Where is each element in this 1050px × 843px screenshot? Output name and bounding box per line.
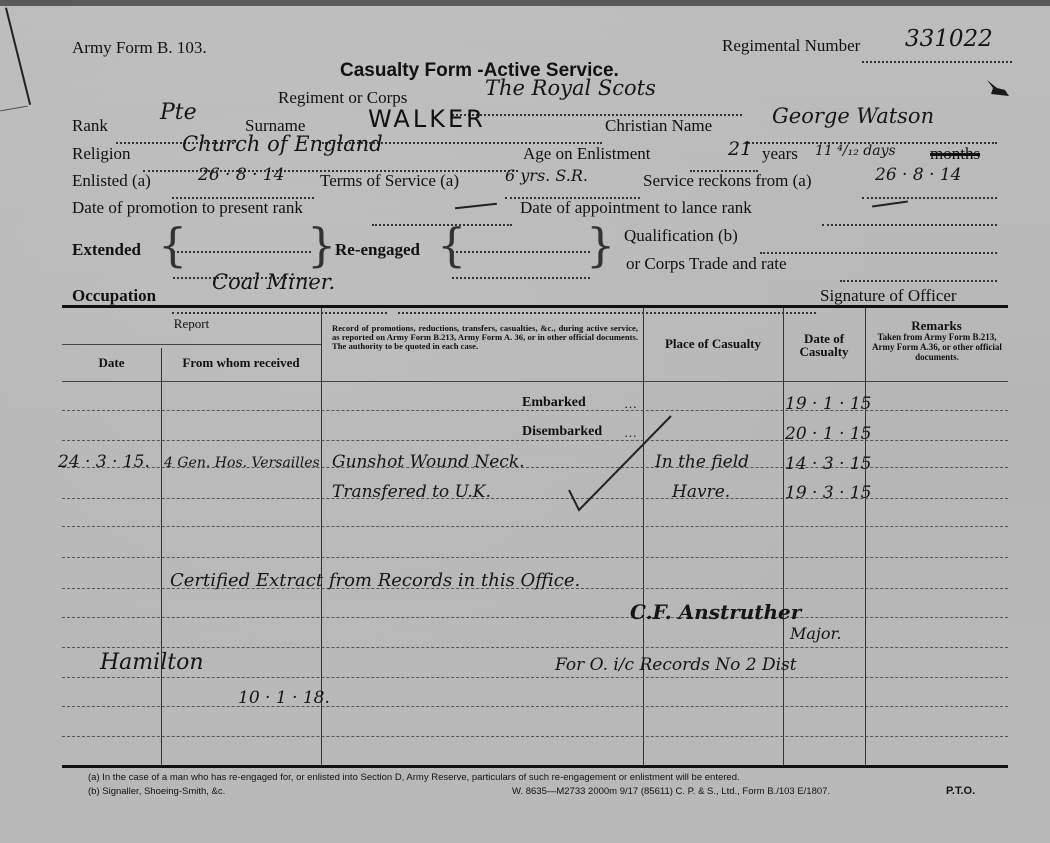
certification-for-line: For O. i/c Records No 2 Dist (555, 655, 797, 675)
qualification-dots (760, 241, 997, 259)
regimental-number-label: Regimental Number (722, 36, 860, 56)
rule (62, 677, 1008, 678)
service-reckons-label: Service reckons from (a) (643, 171, 812, 191)
header-place: Place of Casualty (643, 336, 783, 352)
occupation-value: Coal Miner. (212, 270, 335, 294)
qualification-label: Qualification (b) (624, 226, 738, 246)
header-record: Record of promotions, reductions, transf… (332, 324, 638, 351)
print-code: W. 8635—M2733 2000m 9/17 (85611) C. P. &… (512, 786, 830, 797)
extended-label: Extended (72, 240, 141, 260)
form-paper: Army Form B. 103. Regimental Number 3310… (0, 0, 1050, 843)
footnote-b: (b) Signaller, Shoeing-Smith, &c. (88, 786, 225, 797)
regiment-value: The Royal Scots (485, 76, 656, 100)
col-divider-record (643, 308, 644, 765)
officer-title: Major. (790, 624, 842, 643)
pto-label: P.T.O. (946, 785, 975, 797)
terms-label: Terms of Service (a) (320, 171, 459, 191)
years-label: years (762, 144, 798, 164)
report-underline (62, 344, 321, 345)
regimental-number-dots (862, 50, 1012, 68)
row1-from-whom: 4 Gen. Hos. Versailles (164, 455, 320, 471)
table-top-border (62, 305, 1008, 308)
days-value: 11 ⁴/₁₂ days (815, 143, 896, 159)
certification-date: 10 · 1 · 18. (238, 688, 330, 708)
age-label: Age on Enlistment (523, 144, 650, 164)
reengaged-dots-2 (452, 266, 590, 284)
header-report: Report (62, 316, 321, 332)
reengaged-dots-1 (452, 240, 590, 258)
lance-rank-dots (822, 213, 997, 231)
extended-dots-1 (173, 240, 311, 258)
col-divider-datecas (865, 308, 866, 765)
surname-value: WALKER (368, 105, 486, 133)
header-date-casualty: Date of Casualty (783, 332, 865, 358)
fold-line (5, 8, 31, 106)
reengaged-label: Re-engaged (335, 240, 420, 260)
reengaged-brace-right: } (586, 222, 615, 268)
service-reckons-value: 26 · 8 · 14 (875, 165, 962, 185)
row2-place: Havre. (672, 482, 730, 502)
signature-dots (398, 301, 816, 319)
row1-date: 24 · 3 · 15. (58, 452, 150, 472)
promotion-value-dash (455, 203, 497, 209)
months-label-struck: months (930, 144, 980, 164)
embarked-dots: … (624, 396, 637, 412)
header-remarks-sub: Taken from Army Form B.213, Army Form A.… (872, 332, 1002, 362)
promotion-label: Date of promotion to present rank (72, 198, 303, 218)
header-date: Date (62, 355, 161, 371)
rule (62, 526, 1008, 527)
check-mark-icon (565, 412, 675, 516)
col-divider-place (783, 308, 784, 765)
regimental-number-value: 331022 (905, 26, 993, 52)
officer-signature: C.F. Anstruther (630, 600, 801, 624)
footnote-a: (a) In the case of a man who has re-enga… (88, 772, 740, 783)
enlisted-value: 26 · 8 · 14 (198, 165, 285, 185)
enlisted-label: Enlisted (a) (72, 171, 151, 191)
ink-blot-icon (985, 78, 1011, 98)
form-number: Army Form B. 103. (72, 38, 207, 58)
scan-top-edge (0, 0, 1050, 6)
rank-label: Rank (72, 116, 108, 136)
age-value: 21 (728, 138, 752, 160)
terms-value: 6 yrs. S.R. (505, 166, 588, 185)
rule (62, 617, 1008, 618)
embarked-date: 19 · 1 · 15 (785, 394, 872, 414)
extended-brace-right: } (307, 222, 336, 268)
embarked-label: Embarked (522, 395, 586, 411)
religion-label: Religion (72, 144, 131, 164)
corps-trade-dots (840, 269, 997, 287)
rule (62, 647, 1008, 648)
certification-text: Certified Extract from Records in this O… (170, 570, 580, 591)
certification-place: Hamilton (100, 650, 204, 675)
disembarked-date: 20 · 1 · 15 (785, 424, 872, 444)
row1-date-casualty: 14 · 3 · 15 (785, 454, 872, 474)
header-bottom-rule (62, 381, 1008, 382)
lance-rank-label: Date of appointment to lance rank (520, 198, 752, 218)
religion-value: Church of England (182, 132, 383, 156)
christian-name-label: Christian Name (605, 116, 712, 136)
christian-name-value: George Watson (772, 104, 934, 128)
signature-of-officer-label: Signature of Officer (820, 286, 957, 306)
row2-date-casualty: 19 · 3 · 15 (785, 483, 872, 503)
row1-record: Gunshot Wound Neck. (332, 452, 525, 472)
service-reckons-dots (862, 186, 997, 204)
table-bottom-border (62, 765, 1008, 768)
occupation-label: Occupation (72, 286, 156, 306)
rule (62, 706, 1008, 707)
row2-record: Transfered to U.K. (332, 482, 491, 502)
rule (62, 557, 1008, 558)
rank-value: Pte (160, 100, 197, 125)
rule (62, 736, 1008, 737)
corps-trade-label: or Corps Trade and rate (626, 254, 787, 274)
fold-line (0, 106, 28, 112)
header-from-whom: From whom received (161, 355, 321, 371)
